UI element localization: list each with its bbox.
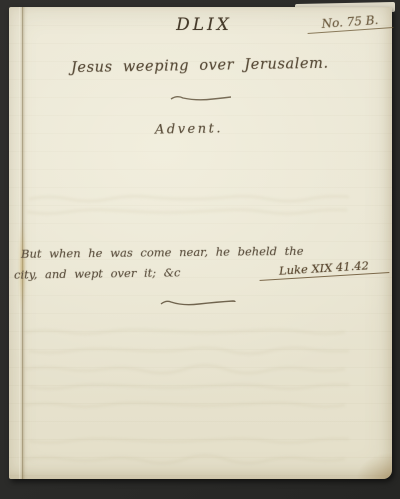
manuscript-page: DLIX No. 75 B. Jesus weeping over Jerusa… xyxy=(9,7,392,479)
photo-backdrop: DLIX No. 75 B. Jesus weeping over Jerusa… xyxy=(0,0,400,499)
season-label: Advent. xyxy=(127,121,251,138)
scripture-quote-line1: But when he was come near, he beheld the xyxy=(21,243,367,261)
divider-flourish-icon xyxy=(159,297,237,309)
scripture-reference: Luke XIX 41.42 xyxy=(259,257,390,281)
catalog-number: No. 75 B. xyxy=(307,12,394,34)
sermon-title: Jesus weeping over Jerusalem. xyxy=(71,56,327,76)
sermon-number: DLIX xyxy=(129,15,279,35)
divider-flourish-icon xyxy=(169,93,231,103)
scripture-quote-line2: city, and wept over it; &c xyxy=(14,264,254,281)
page-corner-shading xyxy=(346,445,392,479)
